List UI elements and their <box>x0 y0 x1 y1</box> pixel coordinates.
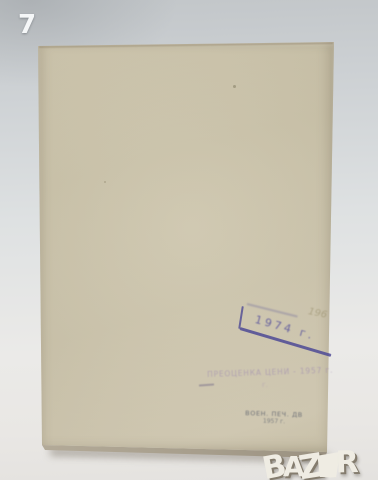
bazar-letter-r: R <box>336 448 360 478</box>
printer-imprint-line2: 1957 г. <box>252 417 296 425</box>
paper-speck <box>233 85 236 88</box>
photo-index-label: 7 <box>18 10 36 40</box>
photo-background: 7 1974 г. 196 ПРЕОЦЕНКА ЦЕНИ - 1957 г. г… <box>0 0 378 480</box>
cover-top-edge <box>39 42 333 48</box>
paper-speck <box>104 181 106 183</box>
revaluation-stamp-subtext: г. <box>262 381 268 389</box>
bazar-watermark-logo: B A Z R <box>260 426 378 480</box>
book-back-cover <box>38 42 334 454</box>
